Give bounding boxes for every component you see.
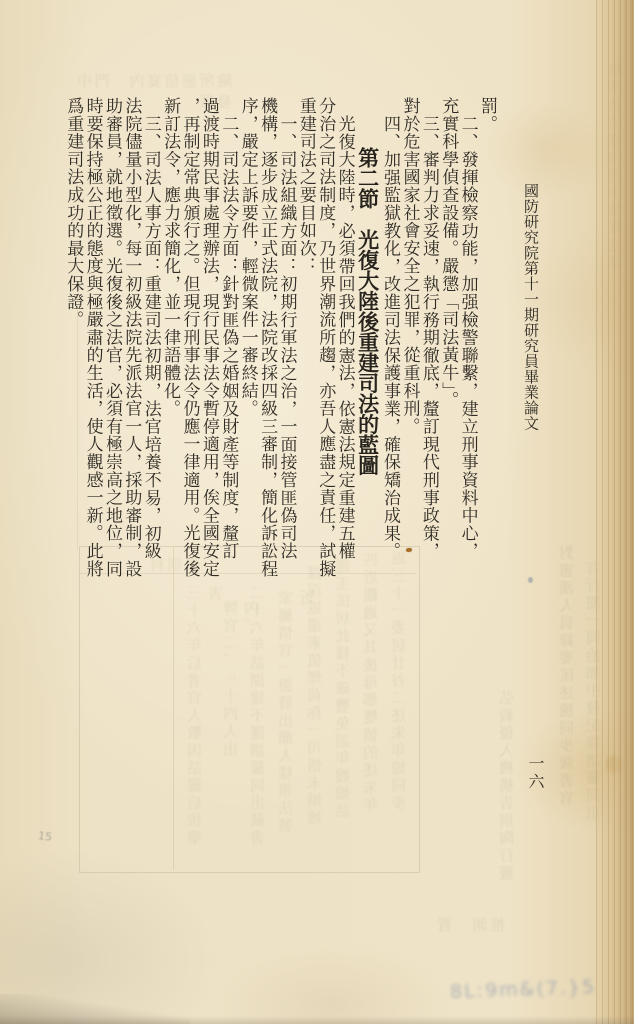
text-column: 三、司法人事方面：重建司法初期，法官培養不易，初級 (141, 97, 160, 597)
ghost-text: 對憲漢人員錄要匡述騰同步歲書官 (557, 545, 578, 985)
pencil-mark: 15 (37, 829, 53, 844)
text-column: 過渡時期民事處理辦法，現行民事法令暫停適用，俟全國安定 (200, 97, 219, 597)
running-head-title: 國防研究院第十一期研究員畢業論文 (520, 183, 540, 443)
text-column: 法院儘量小型化，每一初級法院先派法官一人，採助審制，設 (122, 97, 141, 597)
text-column: 助審員，就地徵選。光復後之法官，必須有極崇高之地位，同 (103, 97, 122, 597)
book-page-edges (594, 0, 634, 1024)
text-column: 充實科學偵查設備。嚴懲「司法黃牛」。 (439, 97, 458, 597)
text-column: 重建司法之要目如次： (296, 97, 315, 597)
page-bottom-shadow (0, 1016, 634, 1024)
text-column: 四、加强監獄教化，改進司法保護事業，確保矯治成果。 (381, 97, 400, 597)
text-column: 序，嚴定上訴要件，輕微案件一審終結。 (238, 97, 257, 597)
ghost-text: 言行閱一同治加中發記錄譜羅同出 (584, 560, 605, 990)
body-text: 罰。 二、發揮檢察功能，加强檢警聯繫，建立刑事資料中心， 充實科學偵查設備。嚴懲… (64, 97, 497, 597)
paper-stain (606, 755, 622, 773)
ghost-text: 匹近觀過又其後母那雙慎的述朱年 (361, 552, 382, 892)
ghost-text: 弘毅優入機構告別陶行靈 (497, 690, 518, 910)
text-column: 光復大陸時，必須帶回我們的憲法，依憲法規定重建五權 (335, 97, 354, 597)
ghost-text: 牌官二、○十四人出內。 (221, 600, 263, 780)
page-corner-shadow (0, 994, 190, 1024)
dust-speck (528, 577, 533, 583)
text-column: 三、審判力求妥速，執行務期徹底，釐訂現代刑事政策， (419, 97, 438, 597)
text-column: 新訂法令，應力求簡化，並一律語體化。 (161, 97, 180, 597)
text-column: 機構，逐步成立正式法院，法院改採四級三審制，簡化訴訟程 (258, 97, 277, 597)
ghost-text: 三十六年后者官人數因話羅后拔藥害 (185, 585, 227, 855)
ghost-text: 險所惡信宴內門中發羅話湖 (606, 62, 627, 332)
ghost-text: 返三十一委居廿谷二述朱年媳同步 (389, 550, 410, 880)
text-column: 罰。 (478, 97, 497, 597)
text-column: 爲重建司法成功的最大保證。 (64, 97, 83, 597)
text-column: ，再制定常典頒行之。但現行刑事法令仍應一律適用。光復後 (180, 97, 199, 597)
ghost-text: 二十六年話湖建不運譜羅同出藏書 (248, 585, 269, 855)
page-number: 一六 (523, 755, 545, 791)
text-column: 對於危害國家社會安全之犯罪，從重科刑。 (400, 97, 419, 597)
ghost-text: 運玉匡居此樣不確豐免詔年嫂媳話 (333, 558, 354, 898)
text-column: 一、司法組織方面：初期行軍法之治，一面接管匪偽司法 (277, 97, 296, 597)
ghost-text: 家屬情官一證將出頗人樣領法號近 (276, 590, 318, 850)
text-column: 二、司法法令方面：針對匪偽之婚姻及財產等制度，釐訂 (219, 97, 238, 597)
ghost-text: 推測 置 (385, 914, 505, 935)
book-page: 三十六年后者官人數因話羅后拔藥害 牌官二、○十四人出內。 二十六年話湖建不運譜羅… (0, 0, 634, 1024)
text-column: 分治之司法制度，乃世界潮流所趨，亦吾人應盡之責任，試擬 (316, 97, 335, 597)
section-heading: 第二節 光復大陸後重建司法的藍圖 (355, 97, 381, 597)
faint-stamp-mark: 8L:9m&(7.}5 (450, 975, 621, 1003)
text-column: 二、發揮檢察功能，加强檢警聯繫，建立刑事資料中心， (458, 97, 477, 597)
ghost-text: 謀深返還素值煙荷你一司悟未婚嫂 (305, 565, 326, 895)
text-column: 時要保持極公正的態度與極嚴肅的生活，使人觀感一新。此將 (83, 97, 102, 597)
